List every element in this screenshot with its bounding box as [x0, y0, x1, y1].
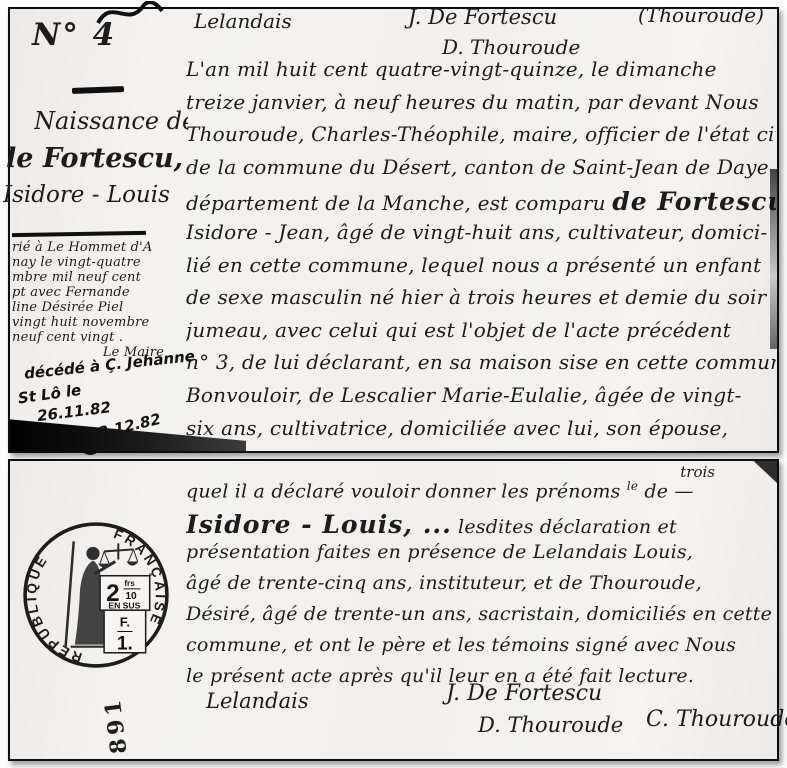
scan-panel-bottom: trois RÉPUBLIQUE FRANÇAISE: [8, 459, 779, 761]
margin-note-line: rié à Le Hommet d'A: [12, 240, 184, 255]
act-line: de sexe masculin né hier à trois heures …: [186, 285, 776, 318]
margin-title-line-text: Isidore - Louis: [3, 182, 170, 208]
stamp-surcharge-label: EN SUS: [108, 601, 140, 611]
act-line-text: de la commune du Désert, canton de Saint…: [186, 155, 769, 179]
act-line-text: Thouroude, Charles-Théophile, maire, off…: [186, 122, 776, 146]
act-line: Isidore - Louis, ... lesdites déclaratio…: [186, 510, 776, 541]
act-line-text: présentation faites en présence de Lelan…: [186, 541, 693, 563]
act-line: Thouroude, Charles-Théophile, maire, off…: [186, 122, 776, 155]
margin-note-line: neuf cent vingt .: [12, 330, 184, 345]
margin-note-line: nay le vingt-quatre: [12, 255, 184, 270]
margin-note-line: vingt huit novembre: [12, 315, 184, 330]
margin-note-line-text: vingt huit novembre: [12, 315, 149, 330]
margin-title-line-text: Naissance de: [34, 107, 188, 135]
act-line-text: de —: [638, 480, 694, 502]
act-line: quel il a déclaré vouloir donner les pré…: [186, 479, 776, 510]
act-line-text: n° 3, de lui déclarant, en sa maison sis…: [186, 350, 776, 374]
act-line: lié en cette commune, lequel nous a prés…: [186, 253, 776, 286]
act-line-text: Bonvouloir, de Lescalier Marie-Eulalie, …: [186, 383, 742, 407]
margin-note-line: mbre mil neuf cent: [12, 270, 184, 285]
stamp-value-tablet: 2 frs 10 EN SUS F. 1.: [100, 576, 150, 655]
stamp-surcharge-unit: frs: [124, 579, 135, 588]
act-body-text: L'an mil huit cent quatre-vingt-quinze, …: [186, 57, 776, 449]
act-line: département de la Manche, est comparu de…: [186, 187, 776, 220]
act-line-text: L'an mil huit cent quatre-vingt-quinze, …: [186, 57, 717, 81]
scan-panel-top: N° 4 Naissance dele Fortescu,Isidore - L…: [8, 7, 779, 453]
fiscal-stamp: RÉPUBLIQUE FRANÇAISE 2: [20, 519, 172, 671]
act-line-text: âgé de trente-cinq ans, instituteur, et …: [186, 572, 702, 594]
act-line: présentation faites en présence de Lelan…: [186, 541, 776, 572]
act-line-text: département de la Manche, est comparu: [186, 191, 612, 215]
act-line-big: de Fortescu: [612, 187, 776, 216]
margin-note-line: line Désirée Piel: [12, 300, 184, 315]
margin-title-line: Isidore - Louis: [3, 177, 188, 214]
margin-note-line-text: line Désirée Piel: [12, 300, 123, 315]
stamp-franc-value: 1.: [117, 634, 133, 655]
act-line-text: six ans, cultivatrice, domiciliée avec l…: [186, 416, 728, 440]
margin-title-line: Naissance de: [34, 103, 188, 140]
stamp-text-republique: RÉPUBLIQUE: [24, 552, 84, 665]
margin-note-line-text: neuf cent vingt .: [12, 330, 123, 345]
margin-note-line-text: rié à Le Hommet d'A: [12, 240, 153, 255]
act-line: treize janvier, à neuf heures du matin, …: [186, 90, 776, 123]
act-line: âgé de trente-cinq ans, instituteur, et …: [186, 572, 776, 603]
stamp-franc-label: F.: [120, 614, 130, 629]
margin-note-line-text: pt avec Fernande: [12, 285, 130, 300]
margin-note-line-text: nay le vingt-quatre: [12, 255, 141, 270]
rotated-page-number: 891: [80, 689, 151, 760]
margin-note-line: pt avec Fernande: [12, 285, 184, 300]
scan-smudge: [770, 169, 777, 349]
margin-title-line-text: le Fortescu,: [6, 143, 183, 174]
margin-note-line-text: mbre mil neuf cent: [12, 270, 141, 285]
act-line: de la commune du Désert, canton de Saint…: [186, 155, 776, 188]
signature-lelandais: Lelandais: [206, 689, 309, 713]
act-line: Isidore - Jean, âgé de vingt-huit ans, c…: [186, 220, 776, 253]
act-line: Bonvouloir, de Lescalier Marie-Eulalie, …: [186, 383, 776, 416]
margin-act-title: Naissance dele Fortescu,Isidore - Louis: [10, 103, 188, 214]
act-line-text: Isidore - Jean, âgé de vingt-huit ans, c…: [186, 220, 767, 244]
signature-fortescu: J. De Fortescu: [446, 681, 602, 706]
act-line: six ans, cultivatrice, domiciliée avec l…: [186, 416, 776, 449]
act-line-ins: le: [627, 479, 638, 493]
act-line-text: lesdites déclaration et: [452, 516, 677, 538]
act-line: Désiré, âgé de trente-un ans, sacristain…: [186, 603, 776, 634]
act-line-text: Désiré, âgé de trente-un ans, sacristain…: [186, 603, 772, 625]
signature-c-thouroude: C. Thouroude: [646, 707, 787, 732]
margin-separator: [12, 231, 146, 237]
act-line-text: jumeau, avec celui qui est l'objet de l'…: [186, 318, 731, 342]
prev-act-signature: D. Thouroude: [442, 35, 580, 59]
signature-d-thouroude: D. Thouroude: [478, 713, 623, 737]
act-number: N° 4: [32, 17, 116, 53]
margin-marriage-note: rié à Le Hommet d'Anay le vingt-quatremb…: [12, 240, 184, 360]
act-line-text: de sexe masculin né hier à trois heures …: [186, 285, 766, 309]
act-line-text: quel il a déclaré vouloir donner les pré…: [186, 480, 627, 502]
act-line: n° 3, de lui déclarant, en sa maison sis…: [186, 350, 776, 383]
act-body-text: quel il a déclaré vouloir donner les pré…: [186, 479, 776, 701]
act-line: commune, et ont le père et les témoins s…: [186, 634, 776, 665]
act-line: L'an mil huit cent quatre-vingt-quinze, …: [186, 57, 776, 90]
divider-dash: [72, 86, 124, 94]
act-line-text: treize janvier, à neuf heures du matin, …: [186, 90, 759, 114]
margin-title-line: le Fortescu,: [6, 140, 188, 177]
act-line-text: commune, et ont le père et les témoins s…: [186, 634, 736, 656]
act-line: jumeau, avec celui qui est l'objet de l'…: [186, 318, 776, 351]
prev-act-signature: J. De Fortescu: [408, 5, 557, 29]
act-line-big: Isidore - Louis, ...: [186, 510, 452, 539]
prev-act-signature: Lelandais: [194, 9, 292, 33]
prev-act-signature: (Thouroude): [638, 3, 764, 27]
act-line-text: lié en cette commune, lequel nous a prés…: [186, 253, 761, 277]
act-line-text: le présent acte après qu'il leur en a ét…: [186, 665, 694, 687]
